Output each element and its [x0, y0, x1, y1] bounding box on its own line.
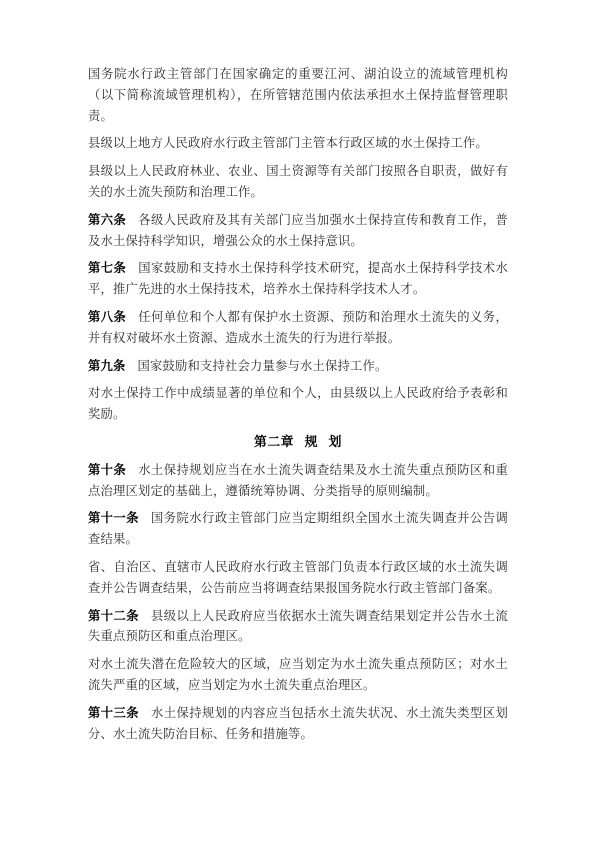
- article-paragraph: 第八条任何单位和个人都有保护水土资源、预防和治理水土流失的义务，并有权对破坏水土…: [88, 307, 508, 349]
- document-page: 国务院水行政主管部门在国家确定的重要江河、湖泊设立的流域管理机构（以下简称流域管…: [0, 0, 595, 841]
- article-paragraph: 第七条国家鼓励和支持水土保持科学技术研究，提高水土保持科学技术水平，推广先进的水…: [88, 258, 508, 300]
- article-paragraph: 第十条水土保持规划应当在水土流失调查结果及水土流失重点预防区和重点治理区划定的基…: [88, 460, 508, 502]
- article-paragraph: 第六条各级人民政府及其有关部门应当加强水土保持宣传和教育工作，普及水土保持科学知…: [88, 210, 508, 252]
- article-number: 第八条: [88, 310, 126, 324]
- chapter-heading: 第二章 规 划: [88, 432, 508, 453]
- article-number: 第十条: [88, 463, 126, 477]
- article-text: 县级以上人民政府应当依据水土流失调查结果划定并公告水土流失重点预防区和重点治理区…: [88, 609, 508, 644]
- article-number: 第十一条: [88, 511, 139, 525]
- document-content: 国务院水行政主管部门在国家确定的重要江河、湖泊设立的流域管理机构（以下简称流域管…: [0, 0, 595, 744]
- body-paragraph: 对水土流失潜在危险较大的区域，应当划定为水土流失重点预防区；对水土流失严重的区域…: [88, 654, 508, 696]
- article-text: 国家鼓励和支持社会力量参与水土保持工作。: [138, 359, 388, 373]
- article-paragraph: 第十三条水土保持规划的内容应当包括水土流失状况、水土流失类型区划分、水土流失防治…: [88, 703, 508, 745]
- body-paragraph: 县级以上地方人民政府水行政主管部门主管本行政区域的水土保持工作。: [88, 133, 508, 154]
- body-paragraph: 省、自治区、直辖市人民政府水行政主管部门负责本行政区域的水土流失调查并公告调查结…: [88, 557, 508, 599]
- article-text: 国务院水行政主管部门应当定期组织全国水土流失调查并公告调查结果。: [88, 511, 508, 546]
- article-text: 任何单位和个人都有保护水土资源、预防和治理水土流失的义务，并有权对破坏水土资源、…: [88, 310, 508, 345]
- article-paragraph: 第十二条县级以上人民政府应当依据水土流失调查结果划定并公告水土流失重点预防区和重…: [88, 606, 508, 648]
- article-paragraph: 第九条国家鼓励和支持社会力量参与水土保持工作。: [88, 356, 508, 377]
- article-number: 第七条: [88, 261, 126, 275]
- article-paragraph: 第十一条国务院水行政主管部门应当定期组织全国水土流失调查并公告调查结果。: [88, 508, 508, 550]
- article-text: 国家鼓励和支持水土保持科学技术研究，提高水土保持科学技术水平，推广先进的水土保持…: [88, 261, 508, 296]
- article-text: 各级人民政府及其有关部门应当加强水土保持宣传和教育工作，普及水土保持科学知识，增…: [88, 213, 508, 248]
- article-number: 第六条: [88, 213, 126, 227]
- article-text: 水土保持规划应当在水土流失调查结果及水土流失重点预防区和重点治理区划定的基础上，…: [88, 463, 508, 498]
- body-paragraph: 县级以上人民政府林业、农业、国土资源等有关部门按照各自职责，做好有关的水土流失预…: [88, 161, 508, 203]
- article-number: 第九条: [88, 359, 126, 373]
- body-paragraph: 对水土保持工作中成绩显著的单位和个人，由县级以上人民政府给予表彰和奖励。: [88, 383, 508, 425]
- body-paragraph: 国务院水行政主管部门在国家确定的重要江河、湖泊设立的流域管理机构（以下简称流域管…: [88, 64, 508, 126]
- article-number: 第十二条: [88, 609, 139, 623]
- article-text: 水土保持规划的内容应当包括水土流失状况、水土流失类型区划分、水土流失防治目标、任…: [88, 706, 508, 741]
- article-number: 第十三条: [88, 706, 139, 720]
